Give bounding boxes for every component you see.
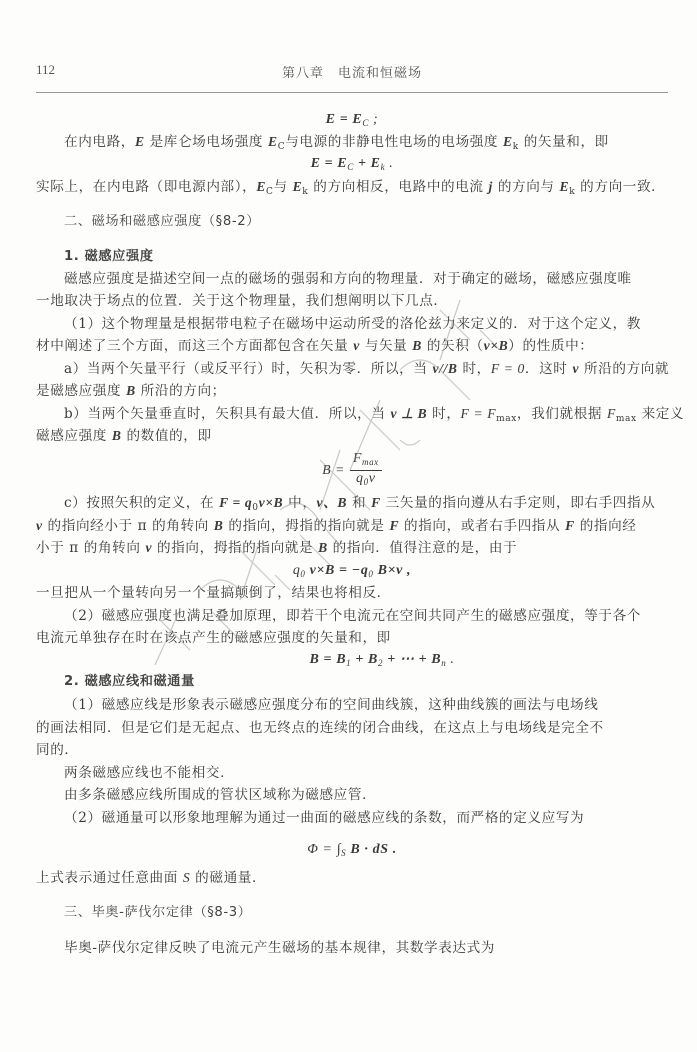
paragraph-line: 材中阐述了三个方面，而这三个方面都包含在矢量 v 与矢量 B 的矢积（v×B）的… (36, 336, 668, 356)
formula-cross-product-antisymmetry: q0 v×B = −q0 B×v , (36, 561, 668, 584)
paragraph-line: 同的． (36, 740, 668, 760)
running-title: 第八章 电流和恒磁场 (36, 62, 668, 81)
paragraph-line: 由多条磁感应线所围成的管状区域称为磁感应管． (36, 785, 696, 805)
paragraph-line: （2）磁通量可以形象地理解为通过一曲面的磁感应线的条数，而严格的定义应写为 (36, 808, 696, 828)
paragraph-line: 电流元单独存在时在该点产生的磁感应强度的矢量和，即 (36, 628, 668, 648)
paragraph-line: 一旦把从一个量转向另一个量搞颠倒了，结果也将相反． (36, 583, 668, 603)
paragraph-line: 实际上，在内电路（即电源内部），EC与 Ek 的方向相反，电路中的电流 j 的方… (36, 177, 668, 202)
formula-magnetic-flux: Φ = ∫S B · dS . (36, 835, 668, 865)
paragraph-line: a）当两个矢量平行（或反平行）时，矢积为零．所以，当 v//B 时，F = 0．… (36, 359, 696, 379)
paragraph-line: 上式表示通过任意曲面 S 的磁通量． (36, 868, 668, 888)
formula-e-sum: E = EC + Ek . (36, 154, 668, 177)
paragraph-line: （2）磁感应强度也满足叠加原理，即若干个电流元在空间共同产生的磁感应强度，等于各… (36, 606, 696, 626)
page-header: 112 第八章 电流和恒磁场 (36, 62, 668, 86)
paragraph-line: 小于 π 的角转向 v 的指向，拇指的指向就是 B 的指向．值得注意的是，由于 (36, 538, 668, 558)
paragraph-line: c）按照矢积的定义，在 F = q0v×B 中，v、B 和 F 三矢量的指向遵从… (36, 493, 696, 518)
section-heading-2: 二、磁场和磁感应强度（§8-2） (36, 212, 696, 232)
paragraph-line: （1）这个物理量是根据带电粒子在磁场中运动所受的洛伦兹力来定义的．对于这个定义，… (36, 314, 696, 334)
formula-b-definition: B = Fmax q0v (36, 450, 668, 490)
paragraph-line: v 的指向经小于 π 的角转向 B 的指向，拇指的指向就是 F 的指向，或者右手… (36, 516, 668, 536)
paragraph-line: 毕奥-萨伐尔定律反映了电流元产生磁场的基本规律，其数学表达式为 (36, 938, 696, 958)
paragraph-line: 两条磁感应线也不能相交． (36, 763, 696, 783)
subsection-heading-2: 2. 磁感应线和磁通量 (36, 672, 696, 692)
paragraph-line: （1）磁感应线是形象表示磁感应强度分布的空间曲线簇，这种曲线簇的画法与电场线 (36, 695, 696, 715)
paragraph-line: 的画法相同．但是它们是无起点、也无终点的连续的闭合曲线，在这点上与电场线是完全不 (36, 718, 668, 738)
paragraph-line: 磁感应强度 B 的数值的，即 (36, 426, 668, 446)
section-heading-3: 三、毕奥-萨伐尔定律（§8-3） (36, 903, 696, 923)
formula-superposition: B = B1 + B2 + ⋯ + Bn . (36, 650, 668, 673)
formula-e-equals-ec: E = EC ; (36, 110, 668, 133)
paragraph-line: 是磁感应强度 B 所沿的方向； (36, 381, 668, 401)
paragraph-line: 磁感应强度是描述空间一点的磁场的强弱和方向的物理量．对于确定的磁场，磁感应强度唯 (36, 269, 696, 289)
header-rule (36, 92, 668, 93)
fraction: Fmax q0v (350, 451, 382, 490)
paragraph-line: 一地取决于场点的位置．关于这个物理量，我们想阐明以下几点． (36, 291, 668, 311)
subsection-heading-1: 1. 磁感应强度 (36, 247, 696, 267)
